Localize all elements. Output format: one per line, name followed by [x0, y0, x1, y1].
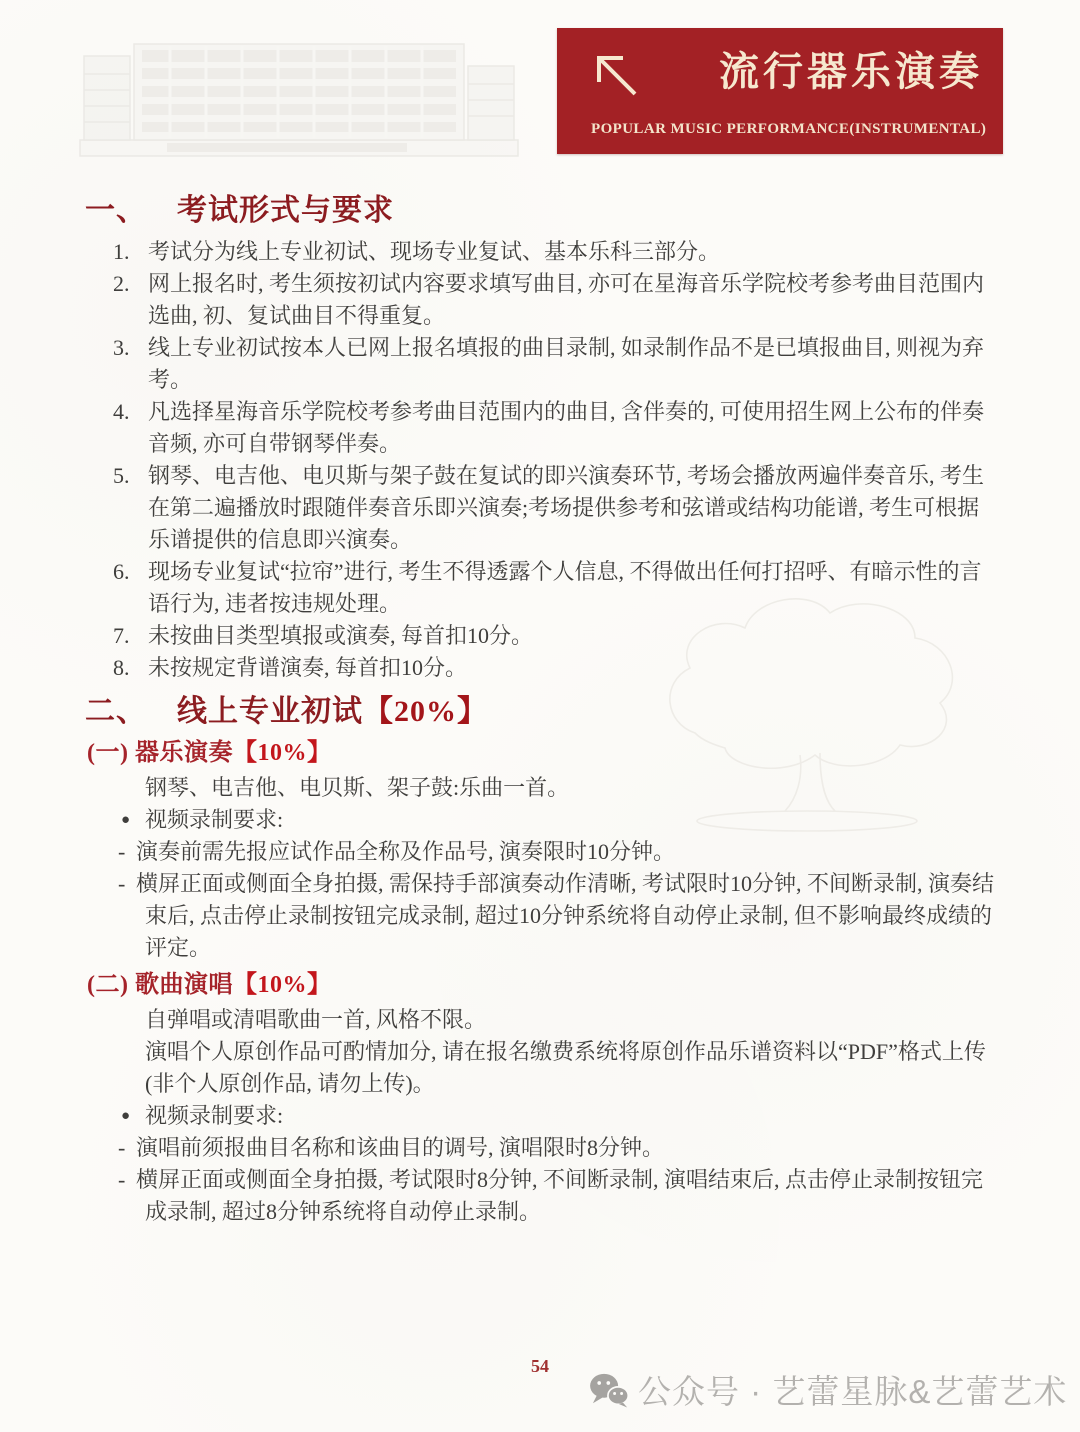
- dash-list: - 演奏前需先报应试作品全称及作品号, 演奏限时10分钟。 - 横屏正面或侧面全…: [85, 836, 1001, 964]
- dash-icon: -: [118, 836, 125, 868]
- list-item-number: 2.: [113, 268, 130, 300]
- page-banner: 流行器乐演奏 POPULAR MUSIC PERFORMANCE(INSTRUM…: [557, 28, 1003, 154]
- dash-row: - 演奏前需先报应试作品全称及作品号, 演奏限时10分钟。: [85, 836, 1001, 868]
- subsection-paragraphs: 自弹唱或清唱歌曲一首, 风格不限。演唱个人原创作品可酌情加分, 请在报名缴费系统…: [85, 1004, 1001, 1100]
- list-item: 7. 未按曲目类型填报或演奏, 每首扣10分。: [113, 620, 1001, 652]
- subsection-label: (一) 器乐演奏: [87, 740, 233, 766]
- watermark-text: 公众号 · 艺蕾星脉&艺蕾艺术: [638, 1366, 1067, 1413]
- paragraph: 自弹唱或清唱歌曲一首, 风格不限。: [145, 1004, 1001, 1036]
- list-item: 5. 钢琴、电吉他、电贝斯与架子鼓在复试的即兴演奏环节, 考场会播放两遍伴奏音乐…: [113, 460, 1001, 556]
- list-item: 3. 线上专业初试按本人已网上报名填报的曲目录制, 如录制作品不是已填报曲目, …: [113, 332, 1001, 396]
- page-number: 54: [531, 1356, 549, 1377]
- list-item-text: 未按曲目类型填报或演奏, 每首扣10分。: [148, 623, 533, 648]
- list-item: 4. 凡选择星海音乐学院校考参考曲目范围内的曲目, 含伴奏的, 可使用招生网上公…: [113, 396, 1001, 460]
- section-percent: 【20%】: [363, 695, 488, 728]
- list-item-number: 4.: [113, 396, 130, 428]
- subsection-label: (二) 歌曲演唱: [87, 972, 233, 998]
- list-item-text: 钢琴、电吉他、电贝斯与架子鼓在复试的即兴演奏环节, 考场会播放两遍伴奏音乐, 考…: [148, 463, 984, 552]
- list-item-number: 1.: [113, 236, 130, 268]
- paragraph: 钢琴、电吉他、电贝斯、架子鼓:乐曲一首。: [145, 772, 1001, 804]
- dash-icon: -: [118, 1132, 125, 1164]
- dash-text: 演奏前需先报应试作品全称及作品号, 演奏限时10分钟。: [136, 839, 675, 864]
- list-item-number: 8.: [113, 652, 130, 684]
- list-item-text: 现场专业复试“拉帘”进行, 考生不得透露个人信息, 不得做出任何打招呼、有暗示性…: [148, 559, 982, 616]
- list-item-text: 网上报名时, 考生须按初试内容要求填写曲目, 亦可在星海音乐学院校考参考曲目范围…: [148, 271, 984, 328]
- building-illustration: [72, 22, 527, 177]
- paragraph: 演唱个人原创作品可酌情加分, 请在报名缴费系统将原创作品乐谱资料以“PDF”格式…: [145, 1036, 1001, 1100]
- subsection-instrumental: (一) 器乐演奏【10%】 钢琴、电吉他、电贝斯、架子鼓:乐曲一首。 ● 视频录…: [85, 737, 1001, 964]
- list-item: 2. 网上报名时, 考生须按初试内容要求填写曲目, 亦可在星海音乐学院校考参考曲…: [113, 268, 1001, 332]
- section-heading-exam-format: 一、考试形式与要求: [85, 192, 1001, 229]
- subsection-heading: (二) 歌曲演唱【10%】: [87, 969, 1001, 1001]
- bullet-heading-row: ● 视频录制要求:: [85, 804, 1001, 836]
- list-item-text: 凡选择星海音乐学院校考参考曲目范围内的曲目, 含伴奏的, 可使用招生网上公布的伴…: [148, 399, 984, 456]
- bullet-icon: ●: [121, 804, 130, 836]
- section-heading-online-preliminary: 二、线上专业初试【20%】: [85, 693, 1001, 730]
- section-title: 线上专业初试: [177, 695, 363, 728]
- list-item-number: 5.: [113, 460, 130, 492]
- subsection-percent: 【10%】: [233, 740, 332, 766]
- list-item-text: 未按规定背谱演奏, 每首扣10分。: [148, 655, 467, 680]
- subsection-heading: (一) 器乐演奏【10%】: [87, 737, 1001, 769]
- dash-text: 演唱前须报曲目名称和该曲目的调号, 演唱限时8分钟。: [136, 1135, 664, 1160]
- list-item: 6. 现场专业复试“拉帘”进行, 考生不得透露个人信息, 不得做出任何打招呼、有…: [113, 556, 1001, 620]
- list-item-text: 考试分为线上专业初试、现场专业复试、基本乐科三部分。: [148, 239, 720, 264]
- list-item-number: 7.: [113, 620, 130, 652]
- dash-list: - 演唱前须报曲目名称和该曲目的调号, 演唱限时8分钟。 - 横屏正面或侧面全身…: [85, 1132, 1001, 1228]
- list-item: 1. 考试分为线上专业初试、现场专业复试、基本乐科三部分。: [113, 236, 1001, 268]
- dash-row: - 横屏正面或侧面全身拍摄, 考试限时8分钟, 不间断录制, 演唱结束后, 点击…: [85, 1164, 1001, 1228]
- dash-row: - 横屏正面或侧面全身拍摄, 需保持手部演奏动作清晰, 考试限时10分钟, 不间…: [85, 868, 1001, 964]
- dash-row: - 演唱前须报曲目名称和该曲目的调号, 演唱限时8分钟。: [85, 1132, 1001, 1164]
- section-marker: 一、: [85, 194, 147, 227]
- wechat-icon: [588, 1370, 630, 1410]
- dash-text: 横屏正面或侧面全身拍摄, 考试限时8分钟, 不间断录制, 演唱结束后, 点击停止…: [136, 1167, 983, 1224]
- subsection-percent: 【10%】: [233, 972, 332, 998]
- exam-rules-list: 1. 考试分为线上专业初试、现场专业复试、基本乐科三部分。 2. 网上报名时, …: [85, 236, 1001, 684]
- arrow-up-left-icon: [593, 52, 643, 102]
- dash-text: 横屏正面或侧面全身拍摄, 需保持手部演奏动作清晰, 考试限时10分钟, 不间断录…: [136, 871, 994, 960]
- bullet-icon: ●: [121, 1100, 130, 1132]
- bullet-heading-row: ● 视频录制要求:: [85, 1100, 1001, 1132]
- section-title: 考试形式与要求: [177, 194, 394, 227]
- document-page: 流行器乐演奏 POPULAR MUSIC PERFORMANCE(INSTRUM…: [0, 0, 1080, 1432]
- section-marker: 二、: [85, 695, 147, 728]
- bullet-heading-text: 视频录制要求:: [145, 1103, 283, 1128]
- banner-title: 流行器乐演奏: [719, 40, 983, 97]
- list-item: 8. 未按规定背谱演奏, 每首扣10分。: [113, 652, 1001, 684]
- dash-icon: -: [118, 868, 125, 900]
- list-item-text: 线上专业初试按本人已网上报名填报的曲目录制, 如录制作品不是已填报曲目, 则视为…: [148, 335, 984, 392]
- subsection-paragraphs: 钢琴、电吉他、电贝斯、架子鼓:乐曲一首。: [85, 772, 1001, 804]
- dash-icon: -: [118, 1164, 125, 1196]
- banner-subtitle: POPULAR MUSIC PERFORMANCE(INSTRUMENTAL): [591, 121, 986, 138]
- publisher-watermark: 公众号 · 艺蕾星脉&艺蕾艺术: [588, 1366, 1067, 1413]
- main-content: 一、考试形式与要求 1. 考试分为线上专业初试、现场专业复试、基本乐科三部分。 …: [85, 192, 1001, 1228]
- list-item-number: 6.: [113, 556, 130, 588]
- list-item-number: 3.: [113, 332, 130, 364]
- bullet-heading-text: 视频录制要求:: [145, 807, 283, 832]
- subsection-vocal: (二) 歌曲演唱【10%】 自弹唱或清唱歌曲一首, 风格不限。演唱个人原创作品可…: [85, 969, 1001, 1228]
